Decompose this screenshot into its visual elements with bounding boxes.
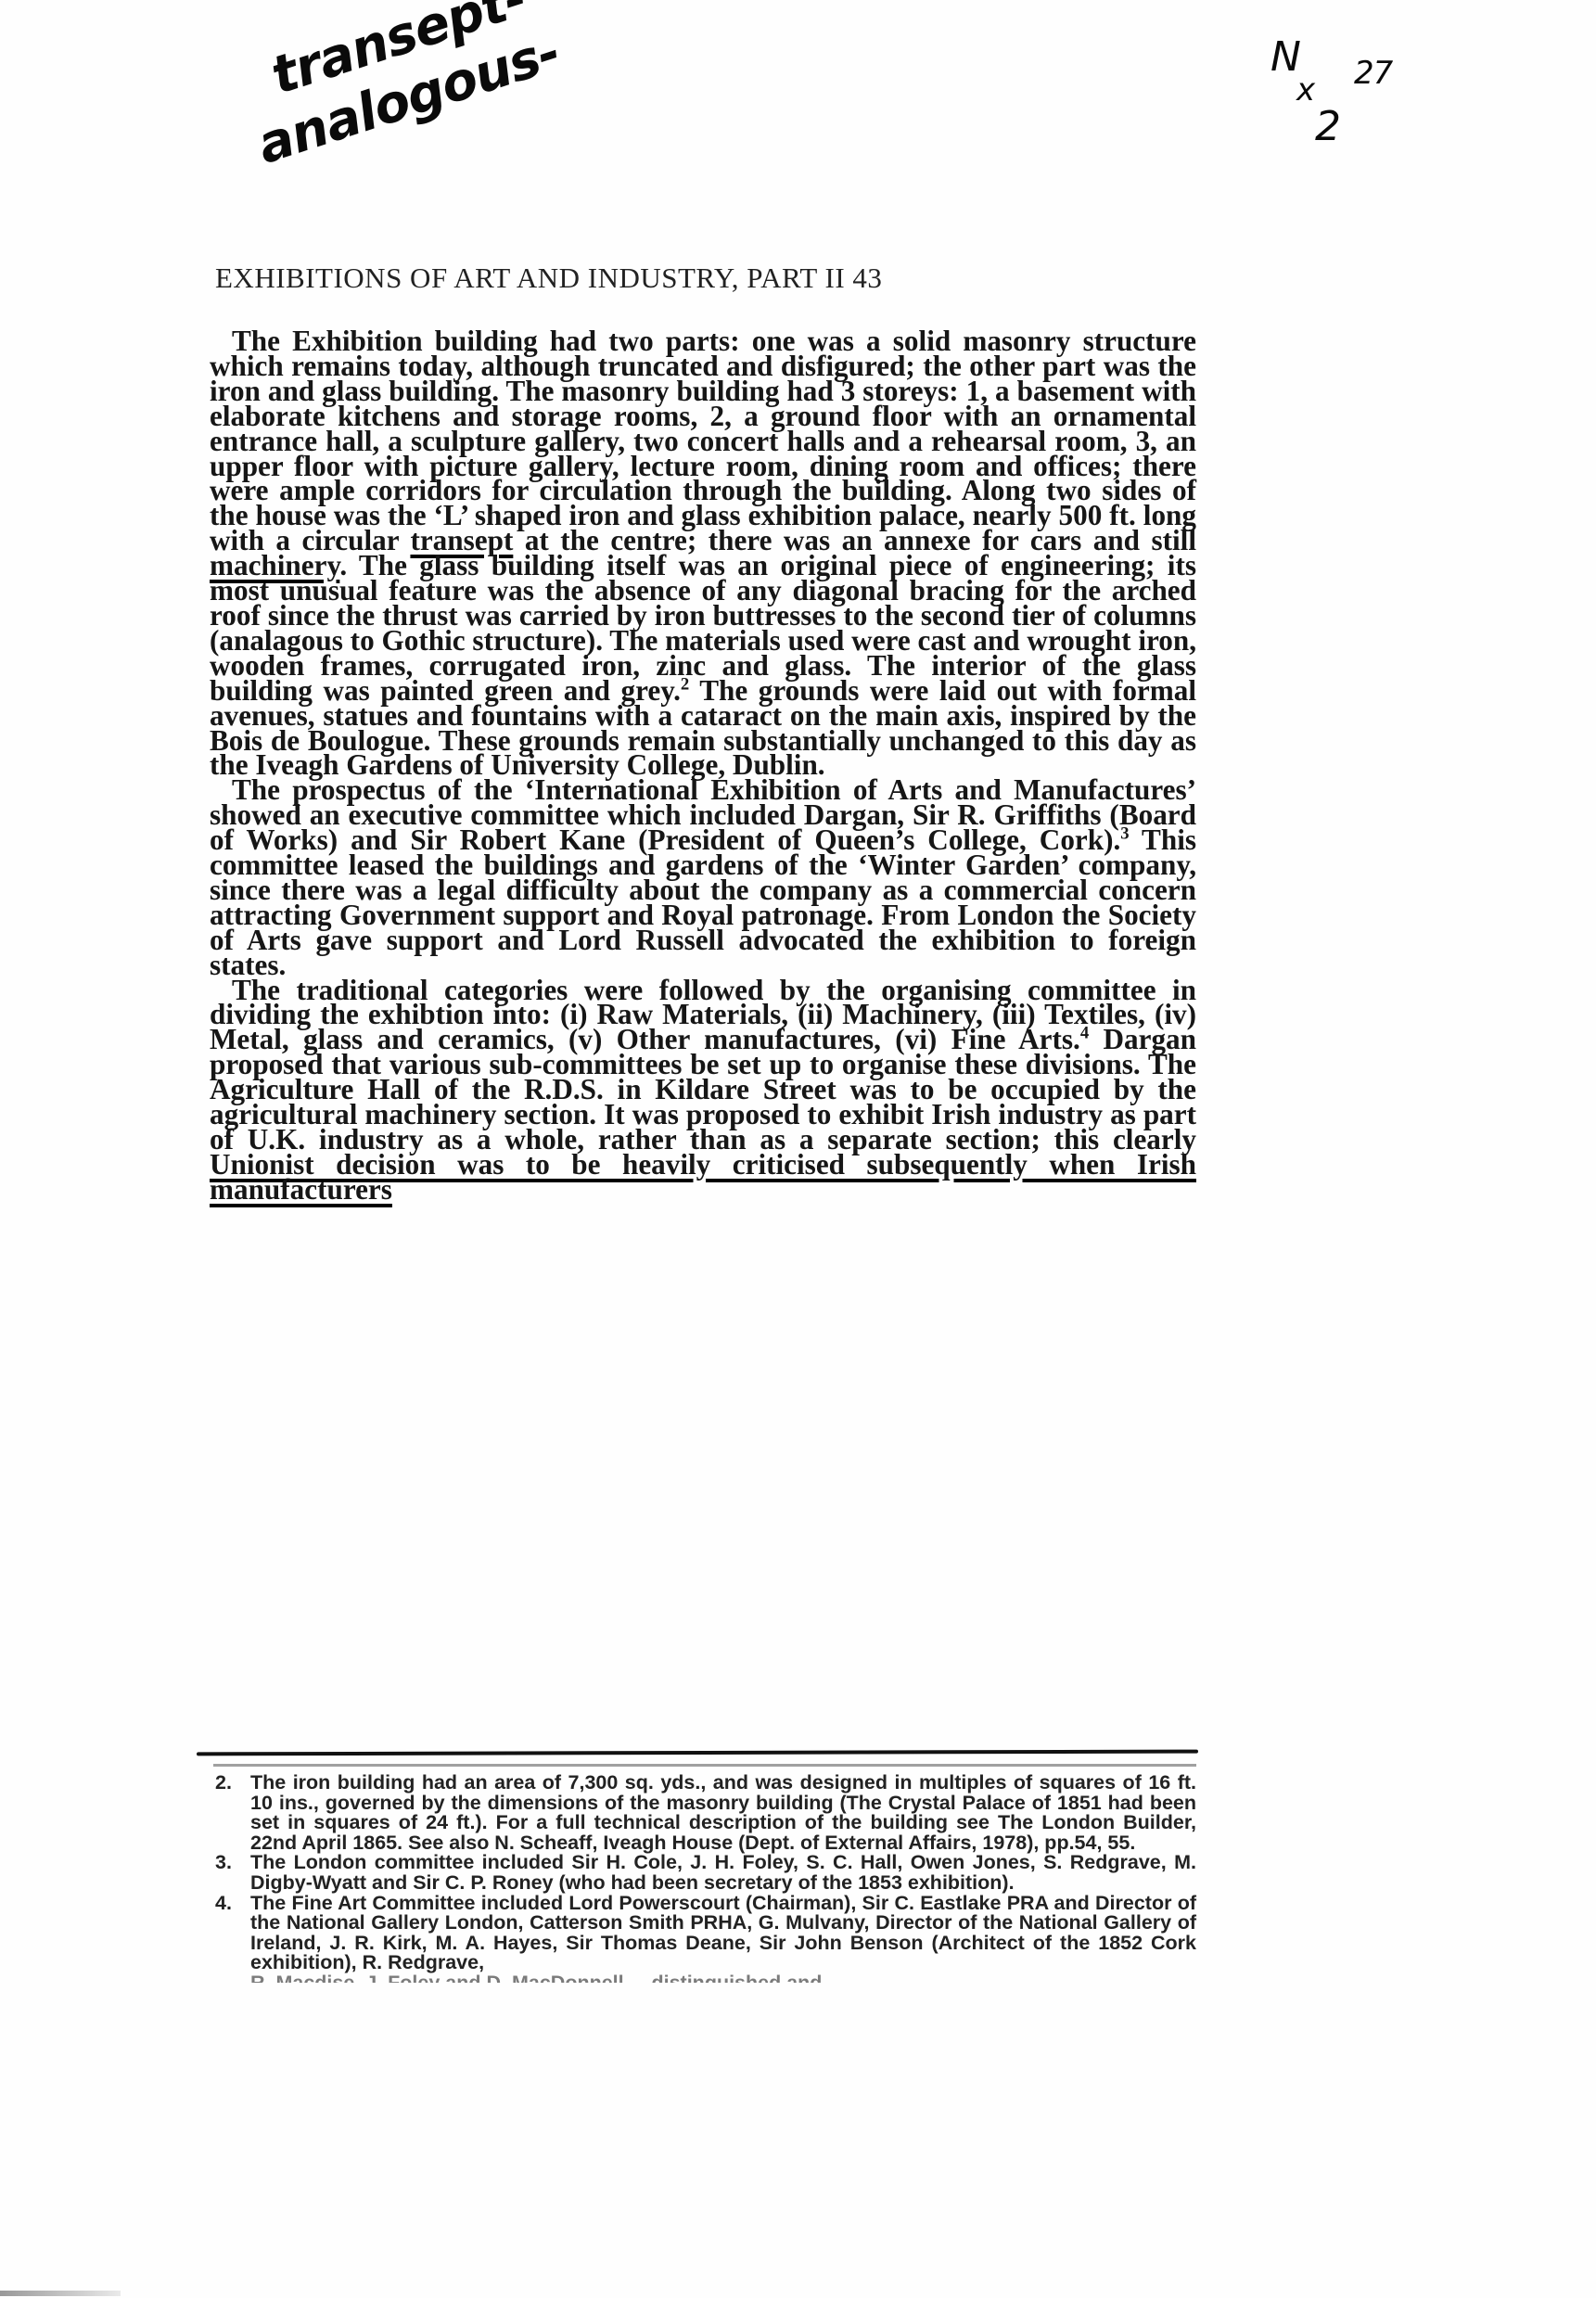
footnote-3: 3. The London committee included Sir H. …: [215, 1853, 1196, 1893]
footnote-cut-off-line: R. Macdise, J. Foley and D. MacDonnell .…: [250, 1973, 1196, 1983]
footnote-text: The London committee included Sir H. Col…: [250, 1853, 1196, 1893]
footnote-divider: [213, 1764, 1196, 1767]
footnote-text: The Fine Art Committee included Lord Pow…: [250, 1894, 1196, 1973]
footnote-2: 2. The iron building had an area of 7,30…: [215, 1773, 1196, 1853]
footnote-number: 4.: [215, 1894, 250, 1914]
handwritten-underline: [197, 1750, 1198, 1756]
paragraph-3: The traditional categories were followed…: [210, 978, 1196, 1203]
handwritten-ref-2: 2: [1315, 107, 1340, 147]
handwritten-ref-27: 27: [1354, 57, 1392, 89]
handwritten-ref-x: x: [1296, 74, 1314, 106]
footnotes: 2. The iron building had an area of 7,30…: [215, 1773, 1196, 1983]
paragraph-1-text-a: The Exhibition building had two parts: o…: [210, 325, 1196, 556]
footnote-text: The iron building had an area of 7,300 s…: [250, 1773, 1196, 1853]
footnote-4: 4. The Fine Art Committee included Lord …: [215, 1894, 1196, 1973]
footnote-number: 3.: [215, 1853, 250, 1873]
footnote-ref-3[interactable]: 3: [1120, 824, 1129, 844]
scanned-page: transept- analogous- N x 2 27 EXHIBITION…: [0, 0, 1596, 2298]
body-text: The Exhibition building had two parts: o…: [210, 329, 1196, 1203]
footnote-ref-2[interactable]: 2: [681, 674, 689, 694]
paragraph-1: The Exhibition building had two parts: o…: [210, 329, 1196, 778]
footnote-number: 2.: [215, 1773, 250, 1794]
paragraph-2: The prospectus of the ‘International Exh…: [210, 778, 1196, 977]
running-head: EXHIBITIONS OF ART AND INDUSTRY, PART II…: [215, 262, 1198, 295]
paragraph-3-text-a: The traditional categories were followed…: [210, 974, 1196, 1056]
scan-edge-artifact: [0, 2291, 121, 2296]
paragraph-2-text-a: The prospectus of the ‘International Exh…: [210, 773, 1196, 856]
footnote-ref-4[interactable]: 4: [1080, 1024, 1089, 1043]
underlined-unionist-decision: Unionist decision was to be heavily crit…: [210, 1148, 1196, 1206]
